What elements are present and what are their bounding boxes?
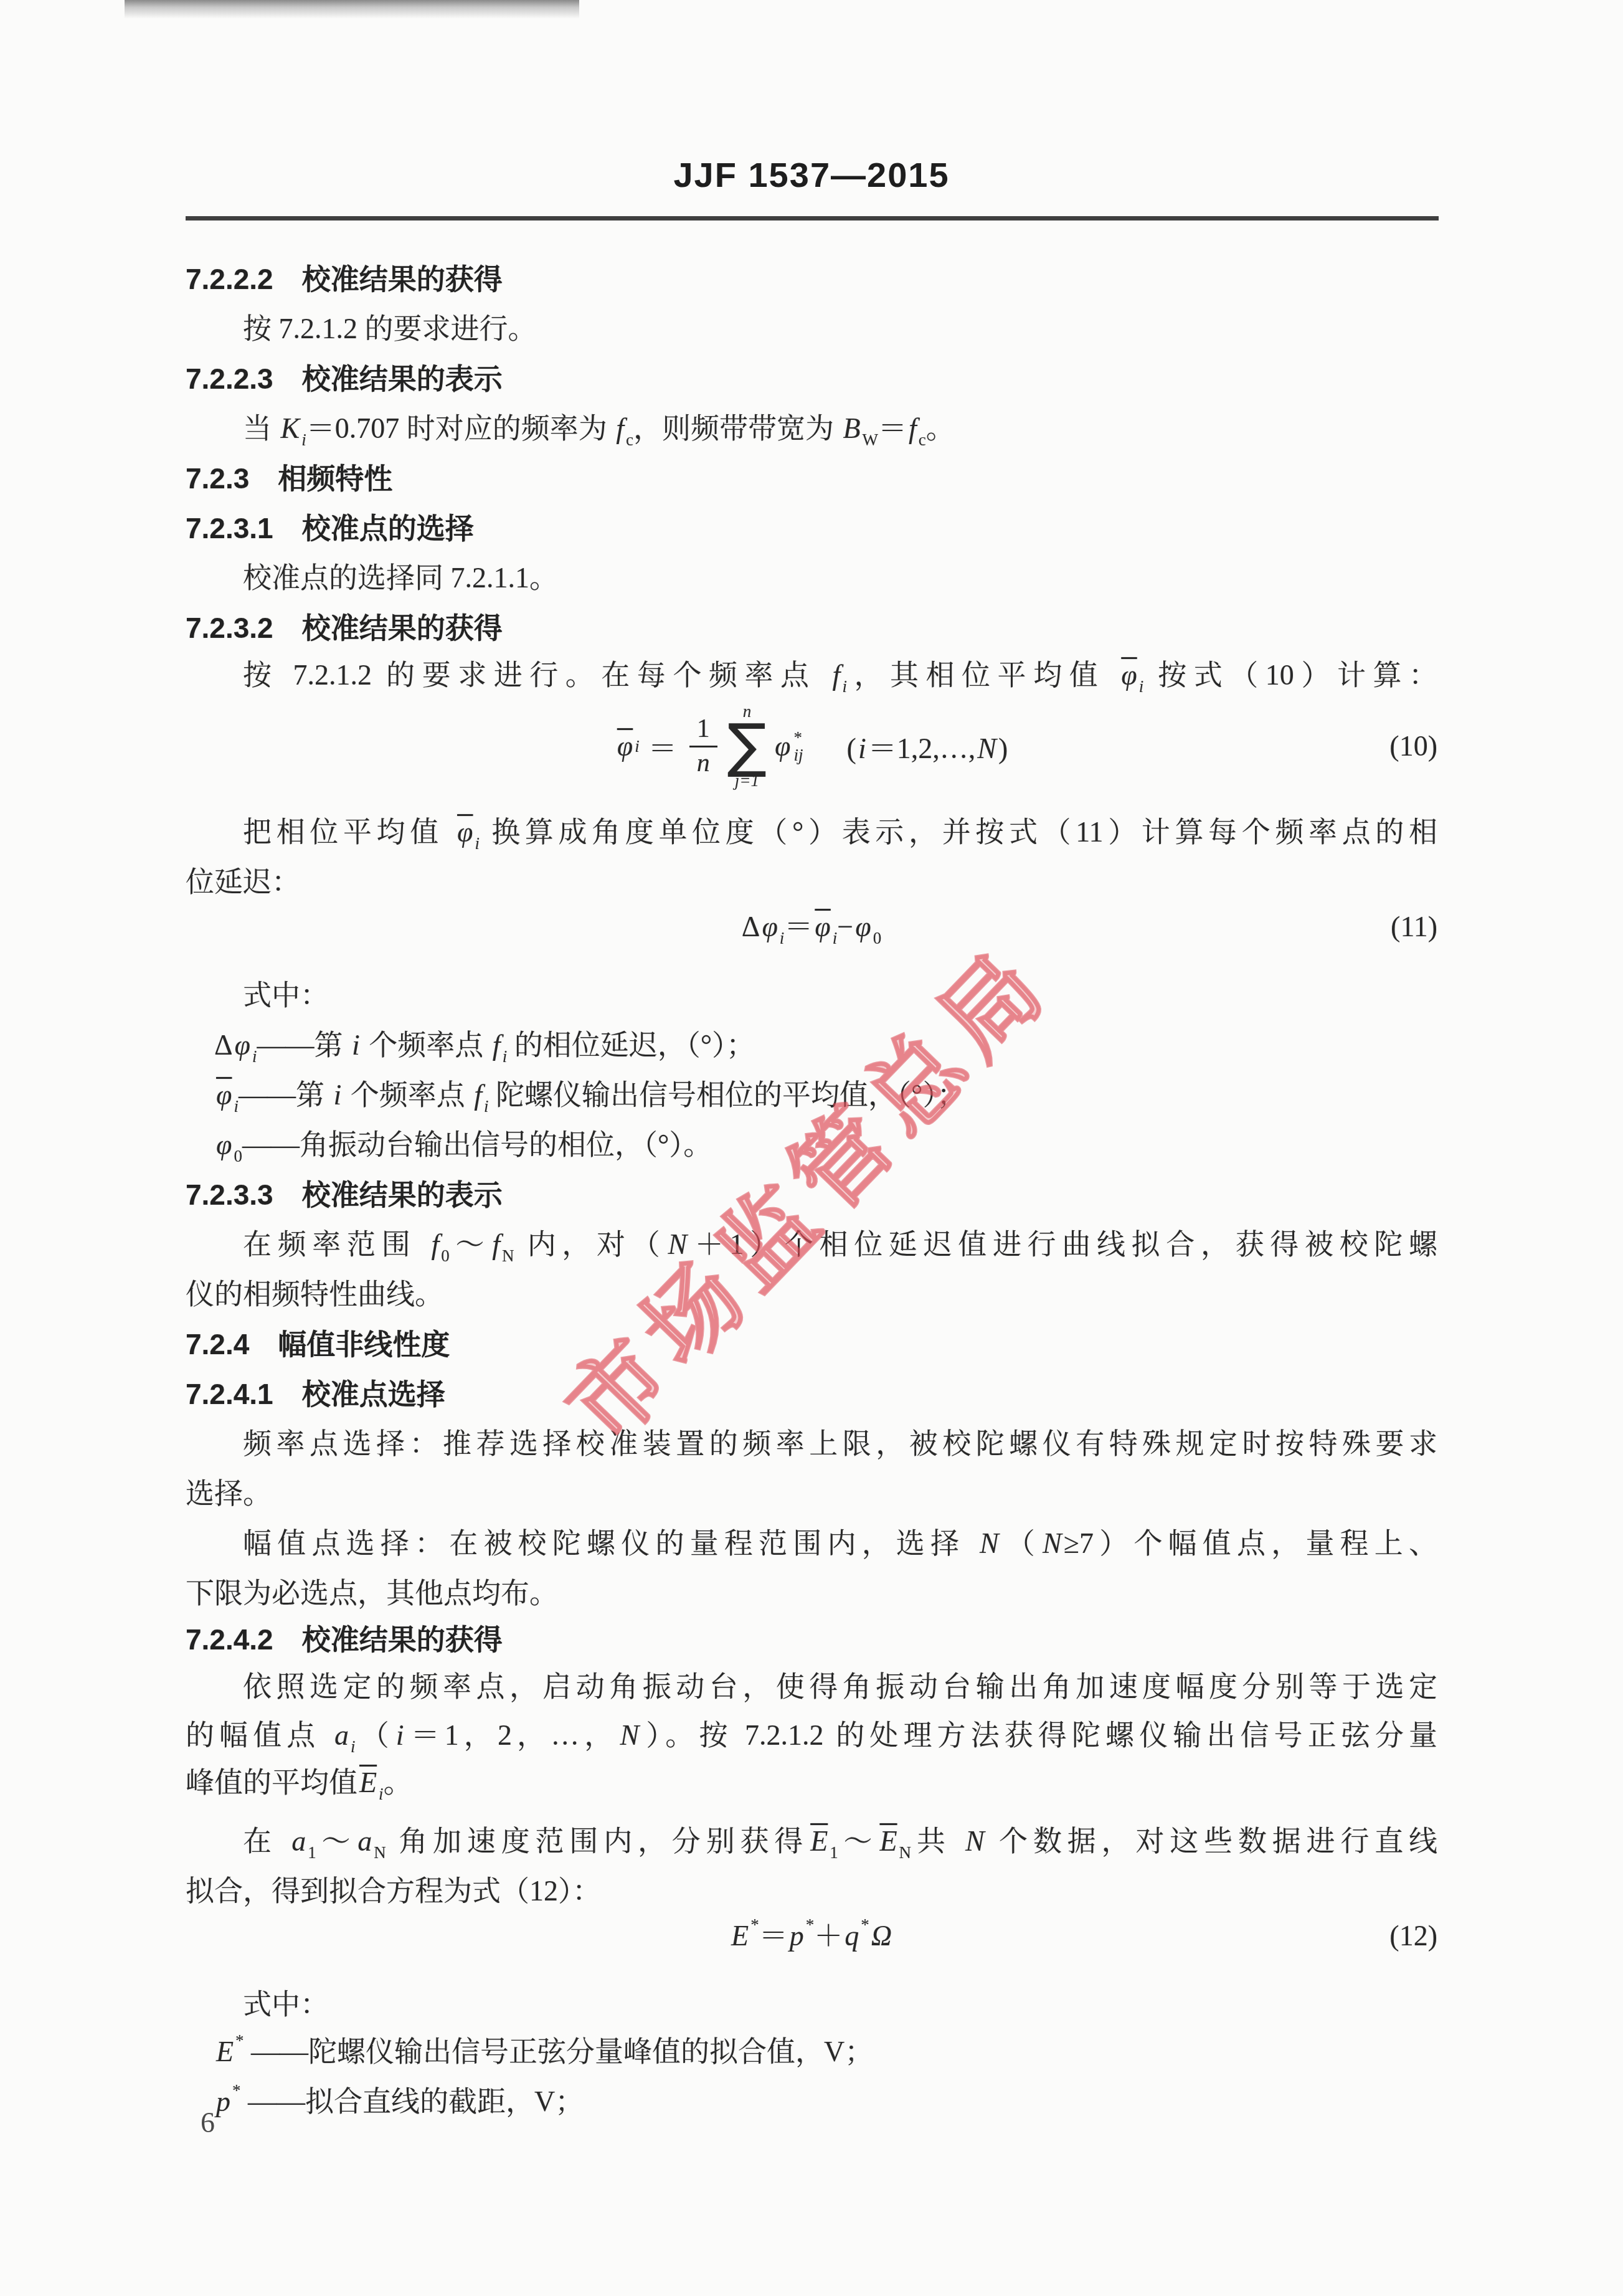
- text-line: 式中：: [186, 1980, 1437, 2029]
- text-line: 式中：: [186, 970, 1437, 1020]
- equation-number: (10): [1389, 696, 1437, 796]
- text-line: 在频率范围 f0～fN 内，对（N＋1）个相位延迟值进行曲线拟合，获得被校陀螺: [186, 1220, 1437, 1269]
- equation-11: Δφi＝φi−φ0(11): [186, 902, 1437, 952]
- text-line: 按 7.2.1.2 的要求进行。在每个频率点 fi，其相位平均值 φi 按式（1…: [186, 650, 1437, 700]
- section-heading-7223: 7.2.2.3 校准结果的表示: [186, 354, 1437, 404]
- text-line: 选择。: [186, 1469, 1437, 1519]
- text-line: 峰值的平均值Ei。: [186, 1758, 1437, 1808]
- text-line: 的幅值点 ai（i＝1，2，…，N）。按 7.2.1.2 的处理方法获得陀螺仪输…: [186, 1710, 1437, 1760]
- section-heading-7231: 7.2.3.1 校准点的选择: [186, 503, 1437, 553]
- text-line: 幅值点选择：在被校陀螺仪的量程范围内，选择 N（N≥7）个幅值点，量程上、: [186, 1519, 1437, 1568]
- text-line: 频率点选择：推荐选择校准装置的频率上限，被校陀螺仪有特殊规定时按特殊要求: [186, 1419, 1437, 1469]
- equation-number: (12): [1389, 1911, 1437, 1961]
- text-line: 依照选定的频率点，启动角振动台，使得角振动台输出角加速度幅度分别等于选定: [186, 1662, 1437, 1712]
- section-heading-7222: 7.2.2.2 校准结果的获得: [186, 254, 1437, 304]
- text-line: 按 7.2.1.2 的要求进行。: [186, 304, 1437, 354]
- section-heading-7233: 7.2.3.3 校准结果的表示: [186, 1170, 1437, 1220]
- section-heading-723: 7.2.3 相频特性: [186, 453, 1437, 503]
- page-number: 6: [201, 2098, 215, 2148]
- definition-line: φi——第 i 个频率点 fi 陀螺仪输出信号相位的平均值，（°）；: [186, 1070, 1437, 1120]
- header-divider: [186, 216, 1439, 221]
- equation-10-body: φi＝1nn∑j=1φ*ij(i＝1,2,…,N): [615, 702, 1008, 790]
- definition-line: p* ——拟合直线的截距，V；: [186, 2077, 1437, 2127]
- section-heading-7242: 7.2.4.2 校准结果的获得: [186, 1615, 1437, 1664]
- section-heading-7232: 7.2.3.2 校准结果的获得: [186, 603, 1437, 653]
- text-line: 把相位平均值 φi 换算成角度单位度（°）表示，并按式（11）计算每个频率点的相: [186, 807, 1437, 857]
- page-header-title: JJF 1537—2015: [0, 154, 1623, 195]
- text-line: 拟合，得到拟合方程为式（12）：: [186, 1866, 1437, 1916]
- text-line: 仪的相频特性曲线。: [186, 1269, 1437, 1319]
- scan-artifact-bar: [125, 0, 579, 19]
- text-line: 位延迟：: [186, 857, 1437, 907]
- definition-line: φ0——角振动台输出信号的相位，（°）。: [186, 1120, 1437, 1170]
- text-line: 当 Ki＝0.707 时对应的频率为 fc，则频带带宽为 BW＝fc。: [186, 404, 1437, 453]
- equation-10: φi＝1nn∑j=1φ*ij(i＝1,2,…,N)(10): [186, 696, 1437, 796]
- equation-12: E*＝p*＋q*Ω(12): [186, 1911, 1437, 1961]
- text-line: 在 a1～aN 角加速度范围内，分别获得E1～EN共 N 个数据，对这些数据进行…: [186, 1816, 1437, 1866]
- section-heading-7241: 7.2.4.1 校准点选择: [186, 1369, 1437, 1419]
- equation-number: (11): [1391, 902, 1437, 952]
- section-heading-724: 7.2.4 幅值非线性度: [186, 1319, 1437, 1369]
- text-line: 下限为必选点，其他点均布。: [186, 1568, 1437, 1618]
- definition-line: E* ——陀螺仪输出信号正弦分量峰值的拟合值，V；: [186, 2027, 1437, 2077]
- text-line: 校准点的选择同 7.2.1.1。: [186, 553, 1437, 603]
- definition-line: Δφi——第 i 个频率点 fi 的相位延迟，（°）；: [186, 1020, 1437, 1070]
- document-page: JJF 1537—2015 7.2.2.2 校准结果的获得按 7.2.1.2 的…: [0, 0, 1623, 2296]
